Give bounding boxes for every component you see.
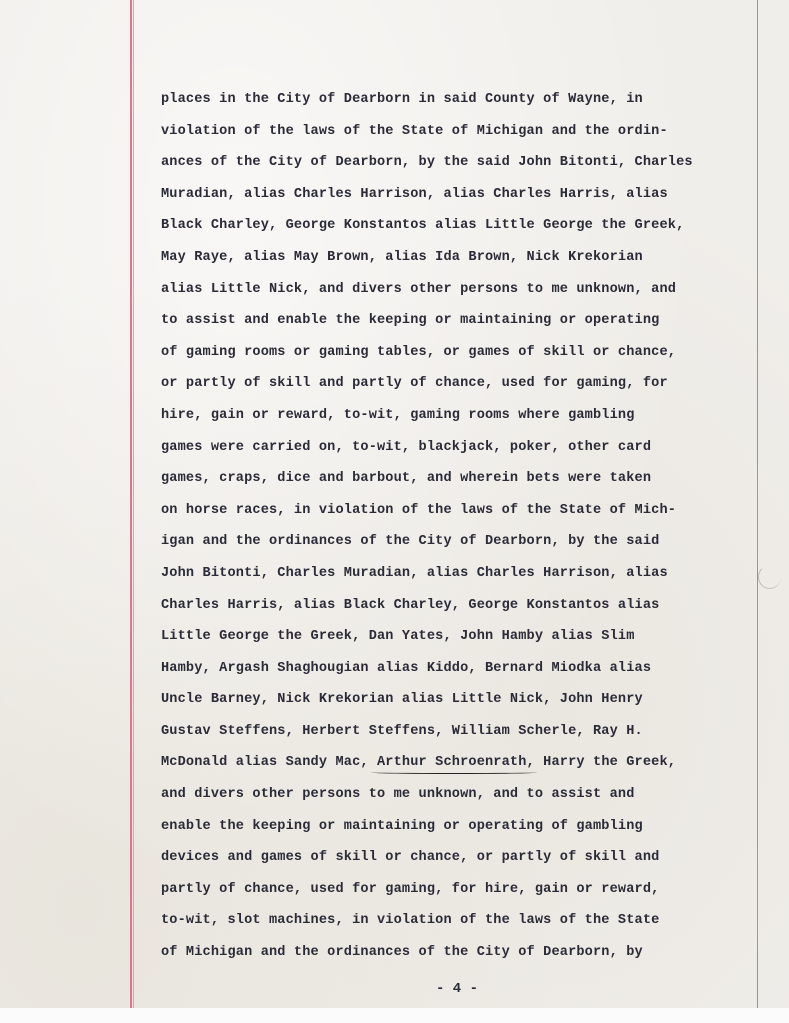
text-line: Hamby, Argash Shaghougian alias Kiddo, B… <box>161 657 771 689</box>
text-line: to assist and enable the keeping or main… <box>161 309 771 341</box>
text-line: hire, gain or reward, to-wit, gaming roo… <box>161 404 771 436</box>
text-line: devices and games of skill or chance, or… <box>161 846 771 878</box>
text-line: Gustav Steffens, Herbert Steffens, Willi… <box>161 720 771 752</box>
left-margin-rule-secondary <box>133 0 134 1008</box>
text-line: May Raye, alias May Brown, alias Ida Bro… <box>161 246 771 278</box>
typed-body-text: places in the City of Dearborn in said C… <box>161 88 771 973</box>
text-line-underlined: McDonald alias Sandy Mac, Arthur Schroen… <box>161 751 771 783</box>
page-number: - 4 - <box>436 981 478 997</box>
text-line: Black Charley, George Konstantos alias L… <box>161 214 771 246</box>
text-line: alias Little Nick, and divers other pers… <box>161 278 771 310</box>
text-line: enable the keeping or maintaining or ope… <box>161 815 771 847</box>
text-line: of Michigan and the ordinances of the Ci… <box>161 941 771 973</box>
text-line: places in the City of Dearborn in said C… <box>161 88 771 120</box>
text-line: Charles Harris, alias Black Charley, Geo… <box>161 594 771 626</box>
text-line: Uncle Barney, Nick Krekorian alias Littl… <box>161 688 771 720</box>
text-segment: McDonald alias Sandy Mac, <box>161 755 377 770</box>
text-line: Muradian, alias Charles Harrison, alias … <box>161 183 771 215</box>
text-line: games, craps, dice and barbout, and wher… <box>161 467 771 499</box>
text-line: or partly of skill and partly of chance,… <box>161 372 771 404</box>
handwritten-underline-name: Arthur Schroenrath <box>377 755 527 770</box>
text-line: games were carried on, to-wit, blackjack… <box>161 436 771 468</box>
text-line: ances of the City of Dearborn, by the sa… <box>161 151 771 183</box>
text-line: and divers other persons to me unknown, … <box>161 783 771 815</box>
text-line: igan and the ordinances of the City of D… <box>161 530 771 562</box>
left-margin-rule <box>130 0 132 1008</box>
document-page: places in the City of Dearborn in said C… <box>0 0 789 1008</box>
text-line: of gaming rooms or gaming tables, or gam… <box>161 341 771 373</box>
text-line: on horse races, in violation of the laws… <box>161 499 771 531</box>
text-line: Little George the Greek, Dan Yates, John… <box>161 625 771 657</box>
text-line: partly of chance, used for gaming, for h… <box>161 878 771 910</box>
text-segment: , Harry the Greek, <box>527 755 677 770</box>
text-line: violation of the laws of the State of Mi… <box>161 120 771 152</box>
text-line: John Bitonti, Charles Muradian, alias Ch… <box>161 562 771 594</box>
text-line: to-wit, slot machines, in violation of t… <box>161 909 771 941</box>
